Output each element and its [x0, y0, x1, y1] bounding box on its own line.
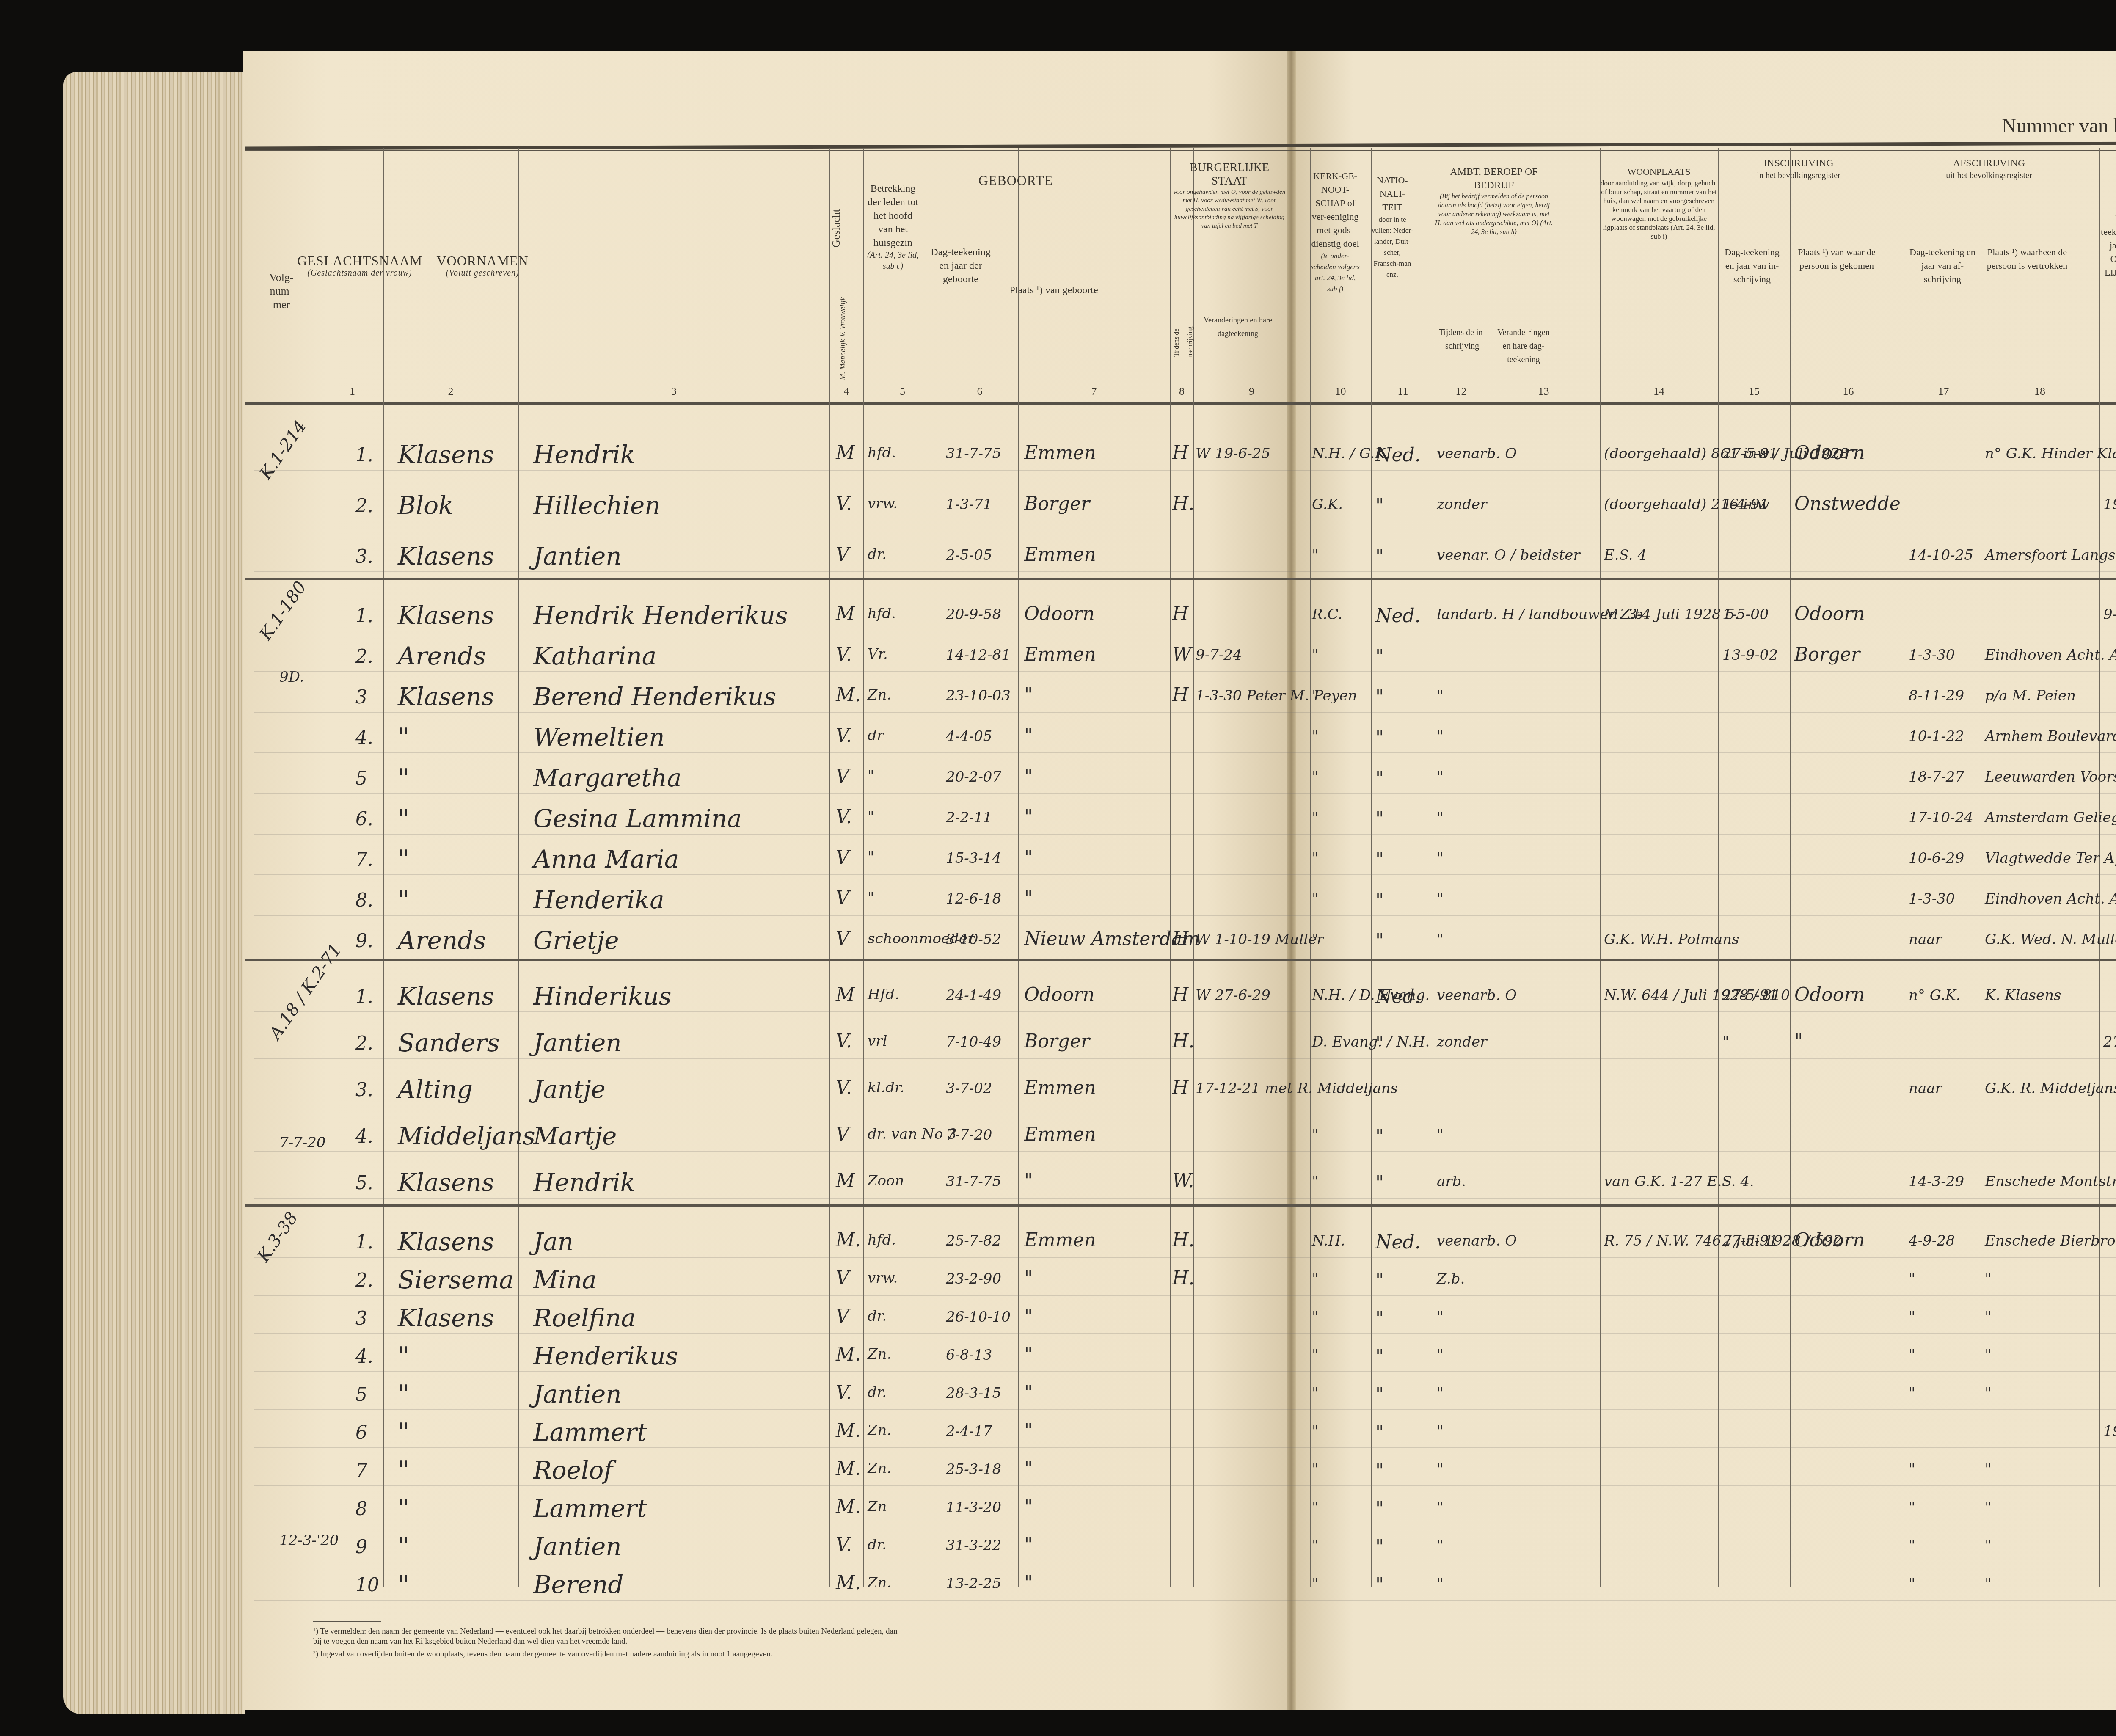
header-bottom-rule [245, 402, 2116, 405]
surname: Sanders [398, 1028, 500, 1057]
birth-place: " [1024, 1382, 1033, 1403]
relation-to-head: hfd. [868, 1232, 896, 1248]
member-number: 7. [355, 849, 373, 871]
ruled-guide-line [254, 1371, 2116, 1372]
relation-to-head: hfd. [868, 605, 896, 622]
religion: " [1312, 1499, 1319, 1516]
deregistration-destination: Eindhoven Acht. Amstelstr. [1985, 890, 2116, 907]
deregistration-date: " [1909, 1347, 1915, 1364]
column-number: 8 [1170, 385, 1193, 398]
surname: Arends [398, 926, 486, 955]
sex: V [836, 847, 849, 868]
relation-to-head: Zoon [868, 1172, 904, 1189]
relation-to-head: " [868, 768, 874, 785]
civil-status-change: 1-3-30 Peter M. Peyen [1196, 687, 1357, 704]
column-number: 9 [1193, 385, 1310, 398]
occupation: " [1437, 1537, 1444, 1554]
ruled-guide-line [254, 1011, 2116, 1012]
footnotes: ¹) Te vermelden: den naam der gemeente v… [313, 1621, 906, 1659]
religion: " [1312, 547, 1319, 564]
nationality: Ned. [1375, 1232, 1421, 1253]
sex: V [836, 887, 849, 909]
birth-date: 3-7-02 [946, 1080, 992, 1097]
relation-to-head: " [868, 849, 874, 866]
col-16-header: Plaats ¹) van waar de persoon is gekomen [1794, 245, 1879, 273]
sex: V [836, 1306, 849, 1327]
religion: " [1312, 1385, 1319, 1402]
occupation: zonder [1437, 1033, 1487, 1050]
birth-date: 31-7-75 [946, 1173, 1001, 1190]
registration-date: 27-5-91 [1722, 1232, 1778, 1249]
member-number: 6. [355, 808, 373, 830]
birth-date: 11-3-20 [946, 1499, 1001, 1516]
birth-date: 1-3-71 [946, 496, 992, 513]
deregistration-destination: " [1985, 1499, 1992, 1516]
sex: M. [836, 1458, 861, 1480]
footnote-1: ¹) Te vermelden: den naam der gemeente v… [313, 1626, 906, 1647]
sex: V. [836, 806, 852, 828]
relation-to-head: Vr. [868, 646, 888, 663]
surname: " [398, 1456, 409, 1485]
column-number: 5 [863, 385, 942, 398]
registration-origin: Odoorn [1794, 984, 1865, 1006]
nationality: " [1375, 808, 1384, 830]
surname: Middeljans [398, 1122, 535, 1150]
sex: M. [836, 1496, 861, 1518]
religion: " [1312, 1423, 1319, 1440]
nationality: " [1375, 546, 1384, 568]
residence: G.K. W.H. Polmans [1604, 931, 1739, 948]
religion: " [1312, 931, 1319, 948]
residence: van G.K. 1-27 E.S. 4. [1604, 1173, 1754, 1190]
surname: Klasens [398, 682, 494, 711]
surname: Blok [398, 491, 453, 520]
occupation: " [1437, 769, 1444, 785]
registration-date: 27-5-91 [1722, 987, 1778, 1004]
death-date: 27-6-29 [2103, 1033, 2116, 1050]
surname: " [398, 845, 409, 874]
sex: V. [836, 1077, 852, 1099]
nationality: " [1375, 1536, 1384, 1558]
deregistration-destination: " [1985, 1537, 1992, 1554]
given-names: Martje [533, 1122, 617, 1150]
civil-status-change: 9-7-24 [1196, 647, 1242, 664]
religion: " [1312, 687, 1319, 704]
member-number: 3 [355, 686, 367, 708]
given-names: Hendrik [533, 1168, 635, 1197]
religion: " [1312, 1347, 1319, 1364]
civil-status-change: W 19-6-25 [1196, 445, 1270, 462]
ruled-guide-line [254, 834, 2116, 835]
birth-place: " [1024, 1534, 1033, 1556]
nationality: " [1375, 1384, 1384, 1405]
religion: G.K. [1312, 496, 1343, 513]
nationality: " [1375, 1346, 1384, 1367]
civil-status: W [1172, 644, 1191, 665]
member-number: 9. [355, 930, 373, 952]
relation-to-head: hfd. [868, 444, 896, 461]
occupation: zonder [1437, 496, 1487, 513]
member-number: 9 [355, 1536, 367, 1558]
deregistration-destination: Arnhem Boulevard 3 [1985, 728, 2116, 745]
ruled-guide-line [254, 1524, 2116, 1524]
birth-place: " [1024, 725, 1033, 747]
civil-status: H [1172, 984, 1188, 1006]
surname: Klasens [398, 1168, 494, 1197]
relation-to-head: vrw. [868, 1270, 898, 1287]
column-number: 13 [1488, 385, 1600, 398]
surname: Siersema [398, 1265, 514, 1294]
birth-place: Emmen [1024, 544, 1096, 565]
member-number: 3 [355, 1308, 367, 1329]
sheet-number-label: Nummer van het blad [2002, 114, 2116, 138]
occupation: " [1437, 1575, 1444, 1592]
member-number: 2. [355, 1270, 373, 1291]
ruled-guide-line [254, 470, 2116, 471]
civil-status: H [1172, 442, 1188, 464]
religion: " [1312, 1173, 1319, 1190]
nationality: " [1375, 1498, 1384, 1520]
death-date: 9-7-24 Groningen [2103, 606, 2116, 623]
member-number: 2. [355, 1033, 373, 1054]
registration-date: 13-9-02 [1722, 647, 1778, 664]
relation-to-head: Zn [868, 1498, 887, 1515]
column-number: 1 [322, 385, 383, 398]
given-names: Gesina Lammina [533, 804, 742, 833]
surname: Klasens [398, 542, 494, 570]
nationality: " [1375, 849, 1384, 871]
birth-place: " [1024, 684, 1033, 706]
ruled-guide-line [254, 956, 2116, 956]
member-number: 2. [355, 495, 373, 517]
ruled-guide-line [254, 1198, 2116, 1199]
surname: Klasens [398, 601, 494, 630]
sex: M. [836, 684, 861, 706]
geboorte-group-header: GEBOORTE [931, 174, 1100, 187]
nationality: " [1375, 495, 1384, 517]
household-divider [245, 959, 2116, 961]
deregistration-destination: Leeuwarden Voorstreek 62. [1985, 769, 2116, 785]
nationality: " [1375, 1033, 1384, 1054]
ruled-guide-line [254, 1257, 2116, 1258]
deregistration-date: 14-10-25 [1909, 547, 1973, 564]
deregistration-date: 18-7-27 [1909, 769, 1964, 785]
ruled-guide-line [254, 1058, 2116, 1059]
column-number: 11 [1371, 385, 1435, 398]
religion: " [1312, 769, 1319, 785]
civil-status-change: W 27-6-29 [1196, 987, 1270, 1004]
surname: " [398, 763, 409, 792]
column-number: 14 [1600, 385, 1718, 398]
column-number: 7 [1018, 385, 1170, 398]
given-names: Henderikus [533, 1342, 678, 1370]
relation-to-head: Zn. [868, 686, 891, 703]
deregistration-destination: n° G.K. Hinder Klasens [1985, 445, 2116, 462]
birth-date: 7-10-49 [946, 1033, 1001, 1050]
member-number: 8. [355, 890, 373, 911]
column-number: 15 [1718, 385, 1790, 398]
civil-status: H [1172, 928, 1188, 950]
sex: V [836, 1268, 849, 1289]
civil-status: H. [1172, 1268, 1194, 1289]
book-gutter [1287, 51, 1296, 1710]
deregistration-date: 17-10-24 [1909, 809, 1973, 826]
column-number: 3 [518, 385, 829, 398]
occupation: " [1437, 1347, 1444, 1364]
birth-date: 20-9-58 [946, 606, 1001, 623]
deregistration-destination: G.K. R. Middeljans [1985, 1080, 2116, 1097]
column-number: 17 [1907, 385, 1981, 398]
registration-date: 1-5-00 [1722, 606, 1769, 623]
sex: V. [836, 644, 852, 665]
civil-status: H [1172, 684, 1188, 706]
col-7-header: Plaats ¹) van geboorte [1003, 284, 1105, 297]
nationality: " [1375, 1460, 1384, 1482]
deregistration-date: 1-3-30 [1909, 647, 1955, 664]
given-names: Berend [533, 1570, 623, 1599]
given-names: Henderika [533, 885, 664, 914]
given-names: Hillechien [533, 491, 661, 520]
member-number: 2. [355, 646, 373, 667]
surname: " [398, 1570, 409, 1599]
ruled-guide-line [254, 1409, 2116, 1410]
member-number: 1. [355, 986, 373, 1008]
col-4-subheader: M. Mannelijk V. Vrouwelijk [836, 296, 849, 381]
birth-date: 7-7-20 [946, 1127, 992, 1144]
religion: " [1312, 850, 1319, 867]
nationality: " [1375, 1574, 1384, 1596]
occupation: arb. [1437, 1173, 1466, 1190]
afschrijving-group-header: AFSCHRIJVINGuit het bevolkingsregister [1907, 157, 2072, 181]
member-number: 1. [355, 444, 373, 466]
ruled-guide-line [254, 1105, 2116, 1105]
col-6-header: Dag-teekening en jaar der geboorte [929, 245, 992, 286]
deregistration-date: " [1909, 1499, 1915, 1516]
household-margin-note: 7-7-20 [279, 1134, 326, 1151]
religion: " [1312, 890, 1319, 907]
col-17-header: Dag-teekening en jaar van af-schrijving [1907, 245, 1978, 286]
relation-to-head: " [868, 890, 874, 907]
ruled-guide-line [254, 712, 2116, 713]
surname: " [398, 804, 409, 833]
birth-date: 26-10-10 [946, 1309, 1011, 1325]
religion: " [1312, 1309, 1319, 1325]
deregistration-date: 1-3-30 [1909, 890, 1955, 907]
occupation: " [1437, 931, 1444, 948]
ruled-guide-line [254, 671, 2116, 672]
registration-date: 27-5-91 [1722, 445, 1778, 462]
given-names: Jantien [533, 1380, 622, 1408]
occupation: Z.b. [1437, 1270, 1465, 1287]
given-names: Jantien [533, 1028, 622, 1057]
religion: " [1312, 647, 1319, 664]
household-divider [245, 578, 2116, 580]
birth-date: 25-3-18 [946, 1461, 1001, 1478]
given-names: Jan [533, 1227, 573, 1256]
col-11-header: NATIO-NALI-TEITdoor in te vullen: Neder-… [1371, 174, 1413, 280]
nationality: Ned. [1375, 605, 1421, 627]
religion: " [1312, 809, 1319, 826]
occupation: " [1437, 1309, 1444, 1325]
member-number: 4. [355, 1126, 373, 1147]
inschrijving-group-header: INSCHRIJVINGin het bevolkingsregister [1718, 157, 1879, 181]
birth-date: 2-5-05 [946, 547, 992, 564]
surname: " [398, 1494, 409, 1523]
relation-to-head: Zn. [868, 1346, 891, 1363]
relation-to-head: kl.dr. [868, 1079, 904, 1096]
surname: Arends [398, 642, 486, 670]
column-number: 16 [1790, 385, 1907, 398]
birth-date: 25-7-82 [946, 1232, 1001, 1249]
deregistration-date: 4-9-28 [1909, 1232, 1955, 1249]
occupation: " [1437, 809, 1444, 826]
given-names: Jantien [533, 1532, 622, 1561]
sex: V. [836, 725, 852, 747]
column-number: 6 [942, 385, 1018, 398]
birth-place: " [1024, 1268, 1033, 1289]
sex: M. [836, 1572, 861, 1594]
birth-place: Emmen [1024, 1229, 1096, 1251]
col-3-header: VOORNAMEN(Voluit geschreven) [423, 254, 542, 278]
member-number: 6 [355, 1422, 367, 1444]
religion: R.C. [1312, 606, 1342, 623]
given-names: Hendrik Henderikus [533, 601, 788, 630]
deregistration-date: n° G.K. [1909, 987, 1961, 1004]
birth-place: " [1024, 887, 1033, 909]
column-number: 2 [383, 385, 518, 398]
birth-date: 6-8-13 [946, 1347, 992, 1364]
household-margin-note: 12-3-'20 [279, 1532, 339, 1549]
deregistration-destination: K. Klasens [1985, 987, 2061, 1004]
occupation: " [1437, 1499, 1444, 1516]
birth-place: " [1024, 847, 1033, 868]
deregistration-date: " [1909, 1385, 1915, 1402]
religion: " [1312, 1461, 1319, 1478]
given-names: Mina [533, 1265, 597, 1294]
member-number: 7 [355, 1460, 367, 1482]
ruled-guide-line [254, 793, 2116, 794]
deregistration-destination: Vlagtwedde Ter Appel p/a W.C. Grol [1985, 850, 2116, 867]
birth-date: 31-7-75 [946, 445, 1001, 462]
deregistration-destination: " [1985, 1575, 1992, 1592]
civil-status: W. [1172, 1170, 1194, 1192]
civil-status: H. [1172, 1229, 1194, 1251]
death-date: 19-6-25 [2103, 496, 2116, 513]
sex: V [836, 766, 849, 787]
birth-place: " [1024, 1572, 1033, 1594]
ruled-guide-line [254, 1295, 2116, 1296]
ruled-guide-line [254, 1485, 2116, 1486]
religion: N.H. [1312, 1232, 1345, 1249]
deregistration-destination: Enschede Montstr. 35 p.a. Jan Klasens [1985, 1173, 2116, 1190]
ruled-guide-line [254, 1600, 2116, 1601]
birth-place: " [1024, 1306, 1033, 1327]
relation-to-head: dr [868, 727, 884, 744]
birth-place: Borger [1024, 1031, 1090, 1052]
header-top-rule-thin [245, 150, 2116, 151]
col-2-header: GESLACHTSNAAM(Geslachtsnaam der vrouw) [296, 254, 423, 278]
given-names: Berend Henderikus [533, 682, 776, 711]
col-10-header: KERK-GE-NOOT-SCHAP of ver-eeniging met g… [1310, 169, 1361, 295]
member-number: 5 [355, 768, 367, 789]
deregistration-date: " [1909, 1270, 1915, 1287]
footnote-rule [313, 1621, 381, 1622]
occupation: " [1437, 1423, 1444, 1440]
burgerlijke-staat-group-header: BURGERLIJKE STAATvoor ongehuwden met O, … [1170, 161, 1289, 230]
sex: M. [836, 1344, 861, 1365]
sex: V [836, 928, 849, 950]
occupation: veenarb. O [1437, 987, 1517, 1004]
birth-date: 2-2-11 [946, 809, 992, 826]
nationality: " [1375, 930, 1384, 952]
occupation: veenarb. O [1437, 445, 1517, 462]
col-14-header: WOONPLAATSdoor aanduiding van wijk, dorp… [1600, 165, 1718, 241]
birth-date: 20-2-07 [946, 769, 1001, 785]
birth-date: 24-1-49 [946, 987, 1001, 1004]
birth-place: Odoorn [1024, 984, 1095, 1006]
religion: " [1312, 1270, 1319, 1287]
civil-status-change: 17-12-21 met R. Middeljans [1196, 1080, 1398, 1097]
surname: " [398, 723, 409, 752]
deregistration-date: " [1909, 1461, 1915, 1478]
deregistration-destination: " [1985, 1270, 1992, 1287]
sex: M. [836, 1420, 861, 1441]
birth-place: Emmen [1024, 1077, 1096, 1099]
residence: E.S. 4 [1604, 547, 1647, 564]
registration-origin: Odoorn [1794, 603, 1865, 625]
surname: " [398, 1418, 409, 1447]
member-number: 8 [355, 1498, 367, 1520]
birth-place: " [1024, 766, 1033, 787]
given-names: Hinderikus [533, 982, 671, 1011]
surname: Klasens [398, 982, 494, 1011]
deregistration-destination: " [1985, 1309, 1992, 1325]
deregistration-date: 10-1-22 [1909, 728, 1964, 745]
given-names: Katharina [533, 642, 656, 670]
deregistration-date: 10-6-29 [1909, 850, 1964, 867]
religion: D. Evang. / N.H. [1312, 1033, 1430, 1050]
birth-date: 4-4-05 [946, 728, 992, 745]
sex: V. [836, 493, 852, 515]
birth-date: 12-6-18 [946, 890, 1001, 907]
relation-to-head: Zn. [868, 1460, 891, 1477]
nationality: Ned. [1375, 444, 1421, 466]
given-names: Jantien [533, 542, 622, 570]
registration-origin: Onstwedde [1794, 493, 1901, 515]
ruled-guide-line [254, 521, 2116, 521]
nationality: " [1375, 1308, 1384, 1329]
death-date: 19-5-18 [2103, 1423, 2116, 1440]
relation-to-head: Zn. [868, 1422, 891, 1439]
registration-origin: Odoorn [1794, 442, 1865, 464]
member-number: 1. [355, 605, 373, 627]
birth-place: " [1024, 1344, 1033, 1365]
deregistration-date: naar [1909, 931, 1942, 948]
relation-to-head: Zn. [868, 1574, 891, 1591]
book-page-edges-left [63, 72, 245, 1714]
birth-date: 2-4-17 [946, 1423, 992, 1440]
nationality: " [1375, 1172, 1384, 1194]
right-page [1291, 51, 2116, 1710]
relation-to-head: " [868, 808, 874, 825]
nationality: " [1375, 890, 1384, 911]
column-number: 19 [2099, 385, 2116, 398]
col-4-header: Geslacht [829, 186, 843, 271]
column-number: 18 [1981, 385, 2099, 398]
col-19-header: Dag-teekening en jaar van OVER-LIJDEN ²) [2099, 212, 2116, 279]
member-number: 5 [355, 1384, 367, 1405]
religion: " [1312, 1537, 1319, 1554]
